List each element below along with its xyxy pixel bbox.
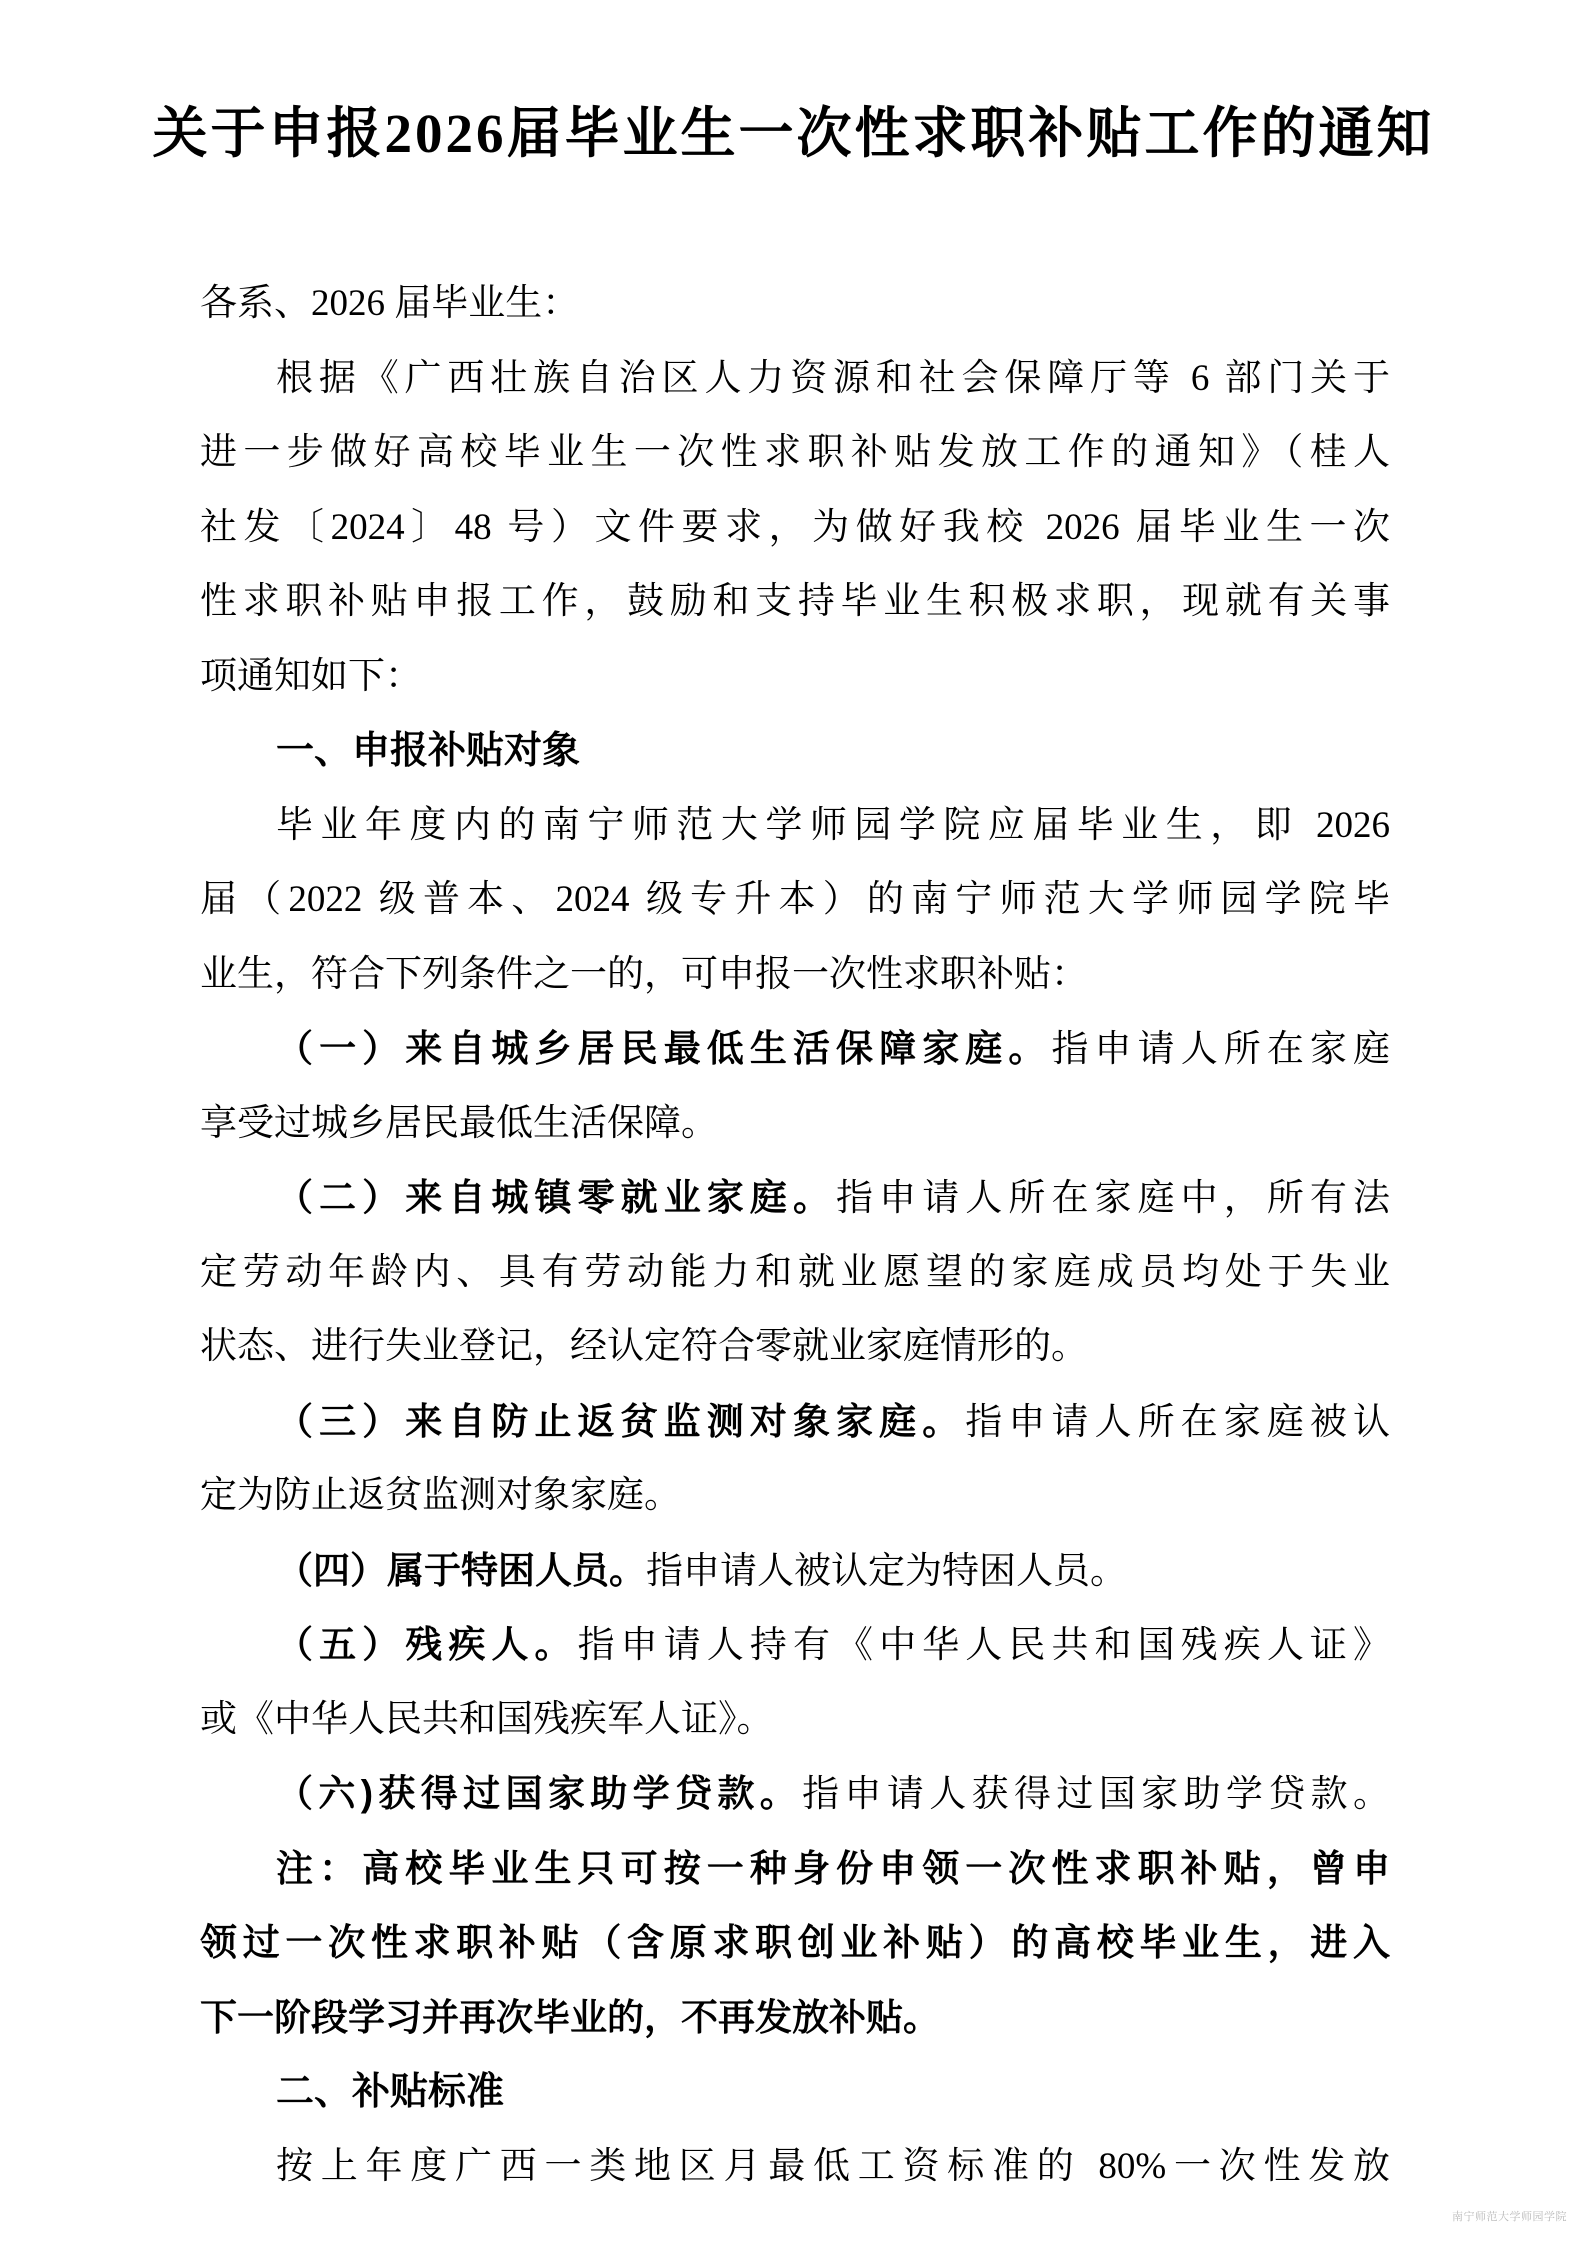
text-line: 各系、2026 届毕业生： <box>200 267 1390 342</box>
text-line: 状态、进行失业登记，经认定符合零就业家庭情形的。 <box>200 1310 1390 1385</box>
text-segment: 毕业年度内的南宁师范大学师园学院应届毕业生，即 2026 <box>276 805 1390 846</box>
document-page: 关于申报2026届毕业生一次性求职补贴工作的通知 各系、2026 届毕业生：根据… <box>0 0 1587 2245</box>
document-body: 各系、2026 届毕业生：根据《广西壮族自治区人力资源和社会保障厅等 6 部门关… <box>200 267 1390 2204</box>
text-line: （五）残疾人。指申请人持有《中华人民共和国残疾人证》 <box>200 1608 1390 1683</box>
section-heading: 一、申报补贴对象 <box>200 714 1390 789</box>
text-line: 项通知如下： <box>200 640 1390 715</box>
text-segment: 按上年度广西一类地区月最低工资标准的 80%一次性发放 <box>276 2146 1390 2187</box>
text-line: 届（2022 级普本、2024 级专升本）的南宁师范大学师园学院毕 <box>200 863 1390 938</box>
document-title: 关于申报2026届毕业生一次性求职补贴工作的通知 <box>90 100 1497 169</box>
bold-text-segment: （二）来自城镇零就业家庭。 <box>276 1177 836 1218</box>
bold-text-segment: 二、补贴标准 <box>276 2071 504 2113</box>
text-segment: 指申请人所在家庭 <box>1051 1029 1390 1070</box>
text-segment: 业生，符合下列条件之一的，可申报一次性求职补贴： <box>200 954 1088 995</box>
text-segment: 进一步做好高校毕业生一次性求职补贴发放工作的通知》（桂人 <box>200 432 1390 473</box>
text-line: 按上年度广西一类地区月最低工资标准的 80%一次性发放 <box>200 2130 1390 2205</box>
text-line: 毕业年度内的南宁师范大学师园学院应届毕业生，即 2026 <box>200 789 1390 864</box>
bold-text-segment: （六)获得过国家助学贷款。 <box>276 1773 802 1814</box>
bold-text-segment: 注：高校毕业生只可按一种身份申领一次性求职补贴，曾申 <box>276 1848 1390 1889</box>
text-line: （三）来自防止返贫监测对象家庭。指申请人所在家庭被认 <box>200 1385 1390 1460</box>
text-segment: 指申请人所在家庭被认 <box>965 1402 1390 1443</box>
bold-text-segment: （三）来自防止返贫监测对象家庭。 <box>276 1401 965 1442</box>
text-line: 或《中华人民共和国残疾军人证》。 <box>200 1683 1390 1758</box>
text-line: （四）属于特困人员。指申请人被认定为特困人员。 <box>200 1534 1390 1609</box>
text-line: 社发〔2024〕48 号）文件要求，为做好我校 2026 届毕业生一次 <box>200 491 1390 566</box>
text-line: 定为防止返贫监测对象家庭。 <box>200 1459 1390 1534</box>
text-segment: 届（2022 级普本、2024 级专升本）的南宁师范大学师园学院毕 <box>200 879 1390 920</box>
text-line: 性求职补贴申报工作，鼓励和支持毕业生积极求职，现就有关事 <box>200 565 1390 640</box>
text-line: 根据《广西壮族自治区人力资源和社会保障厅等 6 部门关于 <box>200 342 1390 417</box>
text-segment: 根据《广西壮族自治区人力资源和社会保障厅等 6 部门关于 <box>276 358 1390 399</box>
text-segment: 状态、进行失业登记，经认定符合零就业家庭情形的。 <box>200 1326 1088 1367</box>
text-segment: 项通知如下： <box>200 656 422 697</box>
text-segment: 性求职补贴申报工作，鼓励和支持毕业生积极求职，现就有关事 <box>200 581 1390 622</box>
text-line: 定劳动年龄内、具有劳动能力和就业愿望的家庭成员均处于失业 <box>200 1236 1390 1311</box>
text-segment: 各系、2026 届毕业生： <box>200 283 579 324</box>
watermark: 南宁师范大学师园学院 <box>1452 2208 1567 2224</box>
text-segment: 社发〔2024〕48 号）文件要求，为做好我校 2026 届毕业生一次 <box>200 507 1390 548</box>
text-segment: 定为防止返贫监测对象家庭。 <box>200 1475 681 1516</box>
text-line: 享受过城乡居民最低生活保障。 <box>200 1087 1390 1162</box>
text-line: 领过一次性求职补贴（含原求职创业补贴）的高校毕业生，进入 <box>200 1906 1390 1981</box>
text-segment: 指申请人所在家庭中，所有法 <box>836 1178 1390 1219</box>
text-line: 注：高校毕业生只可按一种身份申领一次性求职补贴，曾申 <box>200 1832 1390 1907</box>
text-line: 业生，符合下列条件之一的，可申报一次性求职补贴： <box>200 938 1390 1013</box>
text-line: （一）来自城乡居民最低生活保障家庭。指申请人所在家庭 <box>200 1012 1390 1087</box>
text-segment: 指申请人持有《中华人民共和国残疾人证》 <box>578 1625 1390 1666</box>
text-segment: 指申请人获得过国家助学贷款。 <box>802 1774 1390 1815</box>
text-line: （六)获得过国家助学贷款。指申请人获得过国家助学贷款。 <box>200 1757 1390 1832</box>
text-segment: 定劳动年龄内、具有劳动能力和就业愿望的家庭成员均处于失业 <box>200 1252 1390 1293</box>
bold-text-segment: 领过一次性求职补贴（含原求职创业补贴）的高校毕业生，进入 <box>200 1922 1390 1963</box>
text-segment: 或《中华人民共和国残疾军人证》。 <box>200 1699 774 1740</box>
text-line: 下一阶段学习并再次毕业的，不再发放补贴。 <box>200 1981 1390 2056</box>
bold-text-segment: （一）来自城乡居民最低生活保障家庭。 <box>276 1028 1051 1069</box>
text-line: 进一步做好高校毕业生一次性求职补贴发放工作的通知》（桂人 <box>200 416 1390 491</box>
bold-text-segment: 一、申报补贴对象 <box>276 730 580 772</box>
text-segment: 指申请人被认定为特困人员。 <box>646 1551 1127 1592</box>
bold-text-segment: （四）属于特困人员。 <box>276 1550 646 1591</box>
bold-text-segment: （五）残疾人。 <box>276 1624 578 1665</box>
text-line: （二）来自城镇零就业家庭。指申请人所在家庭中，所有法 <box>200 1161 1390 1236</box>
section-heading: 二、补贴标准 <box>200 2055 1390 2130</box>
bold-text-segment: 下一阶段学习并再次毕业的，不再发放补贴。 <box>200 1997 940 2038</box>
text-segment: 享受过城乡居民最低生活保障。 <box>200 1103 718 1144</box>
